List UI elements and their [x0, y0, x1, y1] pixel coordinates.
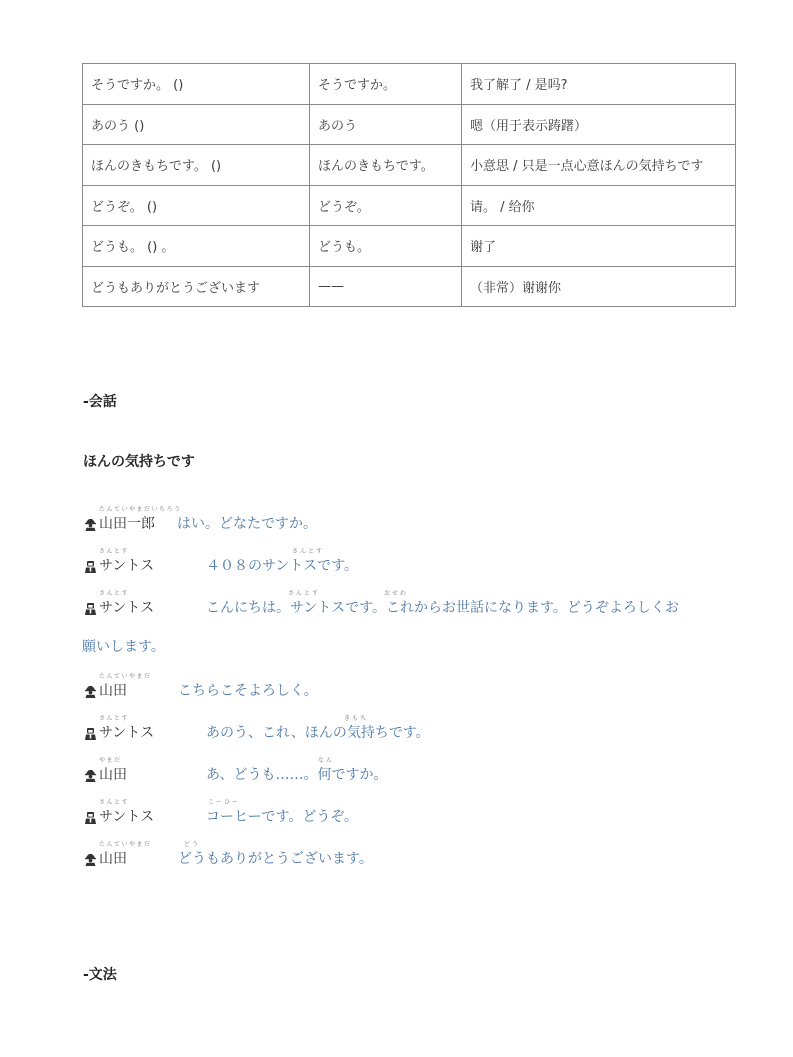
speech-text: こちらこそよろしく。 [178, 680, 318, 700]
cell-chinese: 请。 / 给你 [462, 185, 736, 226]
cell-japanese-note: どうも。 () 。 [83, 226, 310, 267]
speaker: さんとす サントス [84, 597, 154, 617]
cell-japanese-note: ほんのきもちです。 () [83, 145, 310, 186]
cell-japanese: ほんのきもちです。 [310, 145, 462, 186]
conversation-heading: -会話 [83, 391, 117, 411]
cell-chinese: 嗯（用于表示踌躇） [462, 104, 736, 145]
table-row: あのう () あのう 嗯（用于表示踌躇） [83, 104, 736, 145]
speech-text: はい。どなたですか。 [177, 513, 317, 533]
speaker-name: 山田 [99, 767, 127, 783]
detective-icon [84, 853, 97, 866]
speaker: さんとす サントス [84, 555, 154, 575]
detective-icon [84, 518, 97, 531]
speech-text: さんとす おせわ こんにちは。サントスです。これからお世話になります。どうぞよろ… [206, 597, 679, 617]
table-row: ほんのきもちです。 () ほんのきもちです。 小意思 / 只是一点心意ほんの気持… [83, 145, 736, 186]
speaker: さんとす サントス [84, 722, 154, 742]
speaker-ruby: さんとす [99, 797, 129, 806]
conversation-title: ほんの気持ちです [83, 451, 195, 471]
speaker-name: サントス [99, 600, 154, 616]
speech-text: こーひー コーヒーです。どうぞ。 [206, 806, 358, 826]
cell-japanese-note: そうですか。 () [83, 64, 310, 105]
table-row: どうもありがとうございます —— （非常）谢谢你 [83, 266, 736, 307]
speech-text: どう どうもありがとうございます。 [178, 848, 373, 868]
speaker-ruby: たんていやまだ [99, 839, 152, 848]
speaker-name: サントス [99, 809, 154, 825]
speaker-name: サントス [99, 725, 154, 741]
cell-chinese: （非常）谢谢你 [462, 266, 736, 307]
table-row: どうも。 () 。 どうも。 谢了 [83, 226, 736, 267]
cell-japanese-note: あのう () [83, 104, 310, 145]
table-row: どうぞ。 () どうぞ。 请。 / 给你 [83, 185, 736, 226]
table-row: そうですか。 () そうですか。 我了解了 / 是吗? [83, 64, 736, 105]
cell-chinese: 小意思 / 只是一点心意ほんの気持ちです [462, 145, 736, 186]
speaker: やまだ 山田 [84, 764, 127, 784]
speech-continuation: 願いします。 [82, 636, 165, 656]
speaker-ruby: さんとす [99, 588, 129, 597]
speaker: たんていやまだ 山田 [84, 848, 127, 868]
cell-japanese: —— [310, 266, 462, 307]
cell-japanese: あのう [310, 104, 462, 145]
speaker-name: 山田一郎 [99, 516, 155, 532]
grammar-heading: -文法 [83, 964, 117, 984]
speaker-name: 山田 [99, 851, 127, 867]
cell-chinese: 谢了 [462, 226, 736, 267]
speech-text: なん あ、どうも……。何ですか。 [206, 764, 387, 784]
person-icon [84, 811, 97, 824]
person-icon [84, 602, 97, 615]
vocab-table: そうですか。 () そうですか。 我了解了 / 是吗? あのう () あのう 嗯… [82, 63, 736, 307]
speech-text: きもち あのう、これ、ほんの気持ちです。 [206, 722, 430, 742]
person-icon [84, 727, 97, 740]
speaker-name: 山田 [99, 683, 127, 699]
detective-icon [84, 685, 97, 698]
speaker-ruby: たんていやまだ [99, 671, 152, 680]
cell-japanese: そうですか。 [310, 64, 462, 105]
cell-japanese: どうぞ。 [310, 185, 462, 226]
cell-chinese: 我了解了 / 是吗? [462, 64, 736, 105]
speaker-ruby: やまだ [99, 755, 122, 764]
speaker-name: サントス [99, 558, 154, 574]
speaker-ruby: さんとす [99, 713, 129, 722]
speaker: さんとす サントス [84, 806, 154, 826]
person-icon [84, 560, 97, 573]
cell-japanese-note: どうぞ。 () [83, 185, 310, 226]
speech-text: さんとす ４０８のサントスです。 [206, 555, 358, 575]
speaker-ruby: たんていやまだいちろう [99, 504, 182, 513]
detective-icon [84, 769, 97, 782]
cell-japanese: どうも。 [310, 226, 462, 267]
cell-japanese-note: どうもありがとうございます [83, 266, 310, 307]
speaker: たんていやまだ 山田 [84, 680, 127, 700]
speaker-ruby: さんとす [99, 546, 129, 555]
speaker: たんていやまだいちろう 山田一郎 [84, 513, 155, 533]
